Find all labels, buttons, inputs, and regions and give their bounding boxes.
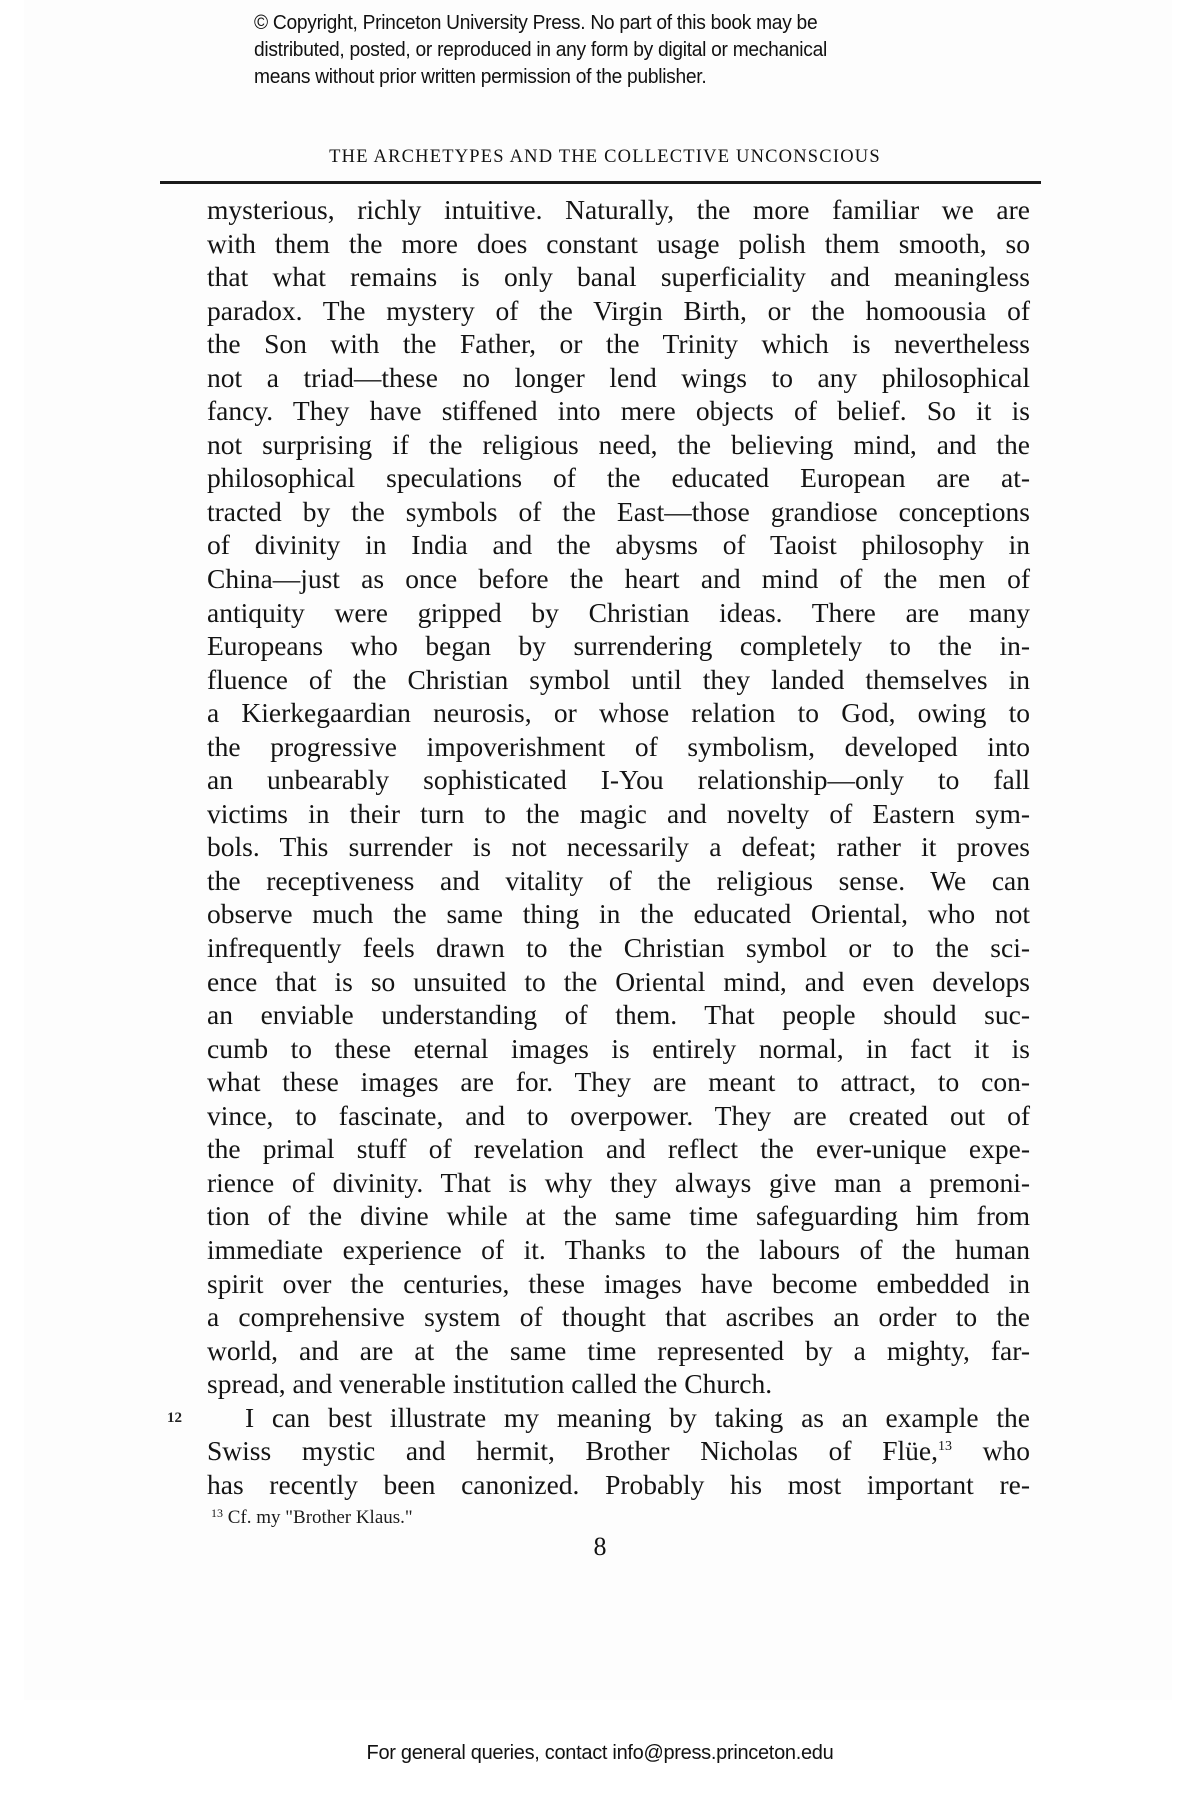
text-line: not a triad—these no longer lend wings t… [207, 361, 1030, 395]
text-line: spirit over the centuries, these images … [207, 1267, 1030, 1301]
text-line: what these images are for. They are mean… [207, 1065, 1030, 1099]
text-line: tracted by the symbols of the East—those… [207, 495, 1030, 529]
footnote: 13 Cf. my "Brother Klaus." [211, 1507, 413, 1529]
text-line: mysterious, richly intuitive. Naturally,… [207, 193, 1030, 227]
text-line: fluence of the Christian symbol until th… [207, 663, 1030, 697]
text-line: a Kierkegaardian neurosis, or whose rela… [207, 696, 1030, 730]
text-line: spread, and venerable institution called… [207, 1367, 1030, 1401]
footnote-text: Cf. my "Brother Klaus." [223, 1507, 413, 1528]
text-line: an unbearably sophisticated I-You relati… [207, 763, 1030, 797]
text-line: tion of the divine while at the same tim… [207, 1199, 1030, 1233]
text-line: philosophical speculations of the educat… [207, 461, 1030, 495]
text-fragment: who [952, 1435, 1030, 1466]
text-line: has recently been canonized. Probably hi… [207, 1468, 1030, 1502]
text-line: with them the more does constant usage p… [207, 227, 1030, 261]
header-rule [160, 181, 1041, 184]
running-head: THE ARCHETYPES AND THE COLLECTIVE UNCONS… [0, 147, 1200, 168]
copyright-notice: © Copyright, Princeton University Press.… [254, 10, 984, 91]
text-line: an enviable understanding of them. That … [207, 998, 1030, 1032]
copyright-line: distributed, posted, or reproduced in an… [254, 37, 984, 64]
text-line: cumb to these eternal images is entirely… [207, 1032, 1030, 1066]
text-line: the progressive impoverishment of symbol… [207, 730, 1030, 764]
text-line: Swiss mystic and hermit, Brother Nichola… [207, 1434, 1030, 1468]
text-line: bols. This surrender is not necessarily … [207, 830, 1030, 864]
text-line: not surprising if the religious need, th… [207, 428, 1030, 462]
text-line: infrequently feels drawn to the Christia… [207, 931, 1030, 965]
copyright-line: means without prior written permission o… [254, 64, 984, 91]
text-line: antiquity were gripped by Christian idea… [207, 596, 1030, 630]
text-line: observe much the same thing in the educa… [207, 897, 1030, 931]
paragraph-number: 12 [167, 1410, 182, 1427]
text-line: ence that is so unsuited to the Oriental… [207, 965, 1030, 999]
text-line: the primal stuff of revelation and refle… [207, 1132, 1030, 1166]
text-line: paradox. The mystery of the Virgin Birth… [207, 294, 1030, 328]
text-line: victims in their turn to the magic and n… [207, 797, 1030, 831]
text-line: world, and are at the same time represen… [207, 1334, 1030, 1368]
contact-line: For general queries, contact info@press.… [0, 1742, 1200, 1765]
text-line: China—just as once before the heart and … [207, 562, 1030, 596]
copyright-line: © Copyright, Princeton University Press.… [254, 10, 984, 37]
text-line: vince, to fascinate, and to overpower. T… [207, 1099, 1030, 1133]
text-line: rience of divinity. That is why they alw… [207, 1166, 1030, 1200]
page-number: 8 [0, 1532, 1200, 1562]
text-line: the receptiveness and vitality of the re… [207, 864, 1030, 898]
text-line: that what remains is only banal superfic… [207, 260, 1030, 294]
text-line: Europeans who began by surrendering comp… [207, 629, 1030, 663]
text-line: fancy. They have stiffened into mere obj… [207, 394, 1030, 428]
body-text: mysterious, richly intuitive. Naturally,… [207, 193, 1030, 1501]
footnote-marker: 13 [211, 1506, 223, 1520]
footnote-reference: 13 [938, 1439, 952, 1454]
paragraph-first-line: I can best illustrate my meaning by taki… [207, 1401, 1030, 1435]
text-line: of divinity in India and the abysms of T… [207, 528, 1030, 562]
text-line: the Son with the Father, or the Trinity … [207, 327, 1030, 361]
running-head-text: THE ARCHETYPES AND THE COLLECTIVE UNCONS… [329, 147, 881, 168]
text-fragment: Swiss mystic and hermit, Brother Nichola… [207, 1435, 938, 1466]
text-line: immediate experience of it. Thanks to th… [207, 1233, 1030, 1267]
text-line: a comprehensive system of thought that a… [207, 1300, 1030, 1334]
